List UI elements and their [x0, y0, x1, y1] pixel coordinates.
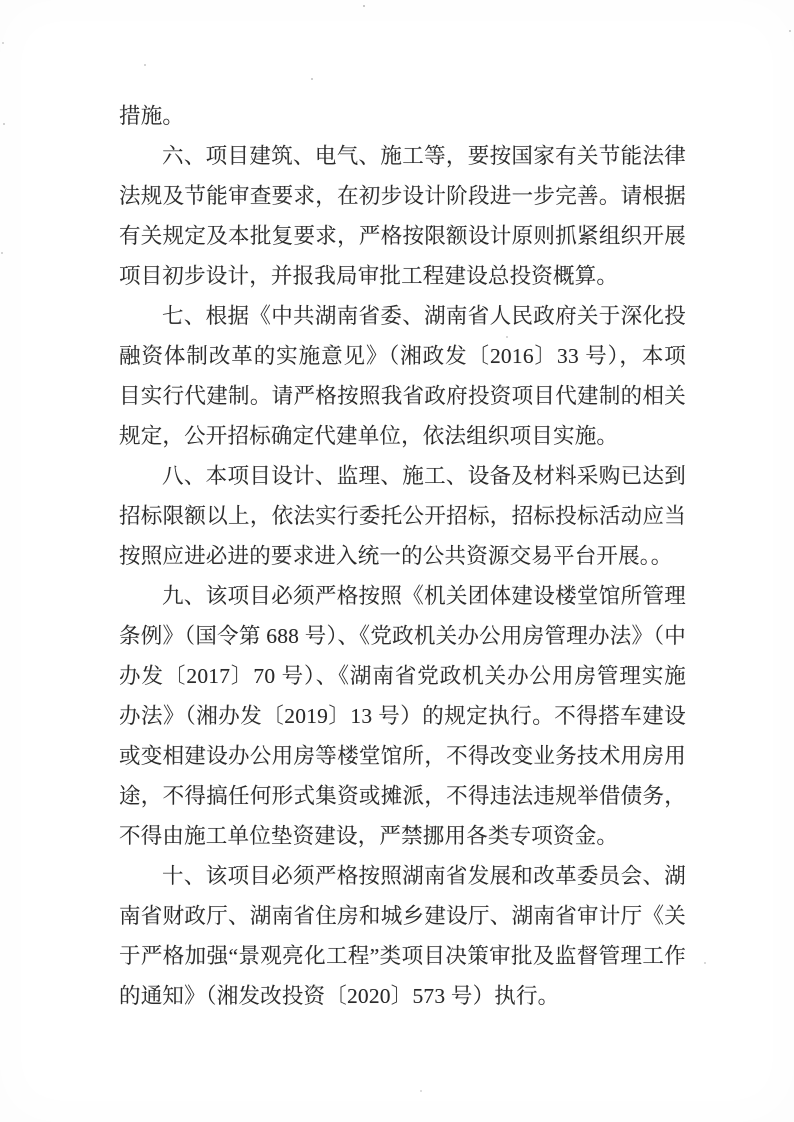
paragraph: 七、根据《中共湖南省委、湖南省人民政府关于深化投融资体制改革的实施意见》（湘政发… [119, 296, 686, 456]
paragraph: 六、项目建筑、电气、施工等，要按国家有关节能法律法规及节能审查要求，在初步设计阶… [119, 136, 686, 296]
document-body: 措施。六、项目建筑、电气、施工等，要按国家有关节能法律法规及节能审查要求，在初步… [119, 96, 686, 1016]
document-page: 措施。六、项目建筑、电气、施工等，要按国家有关节能法律法规及节能审查要求，在初步… [0, 0, 794, 1122]
scan-noise [0, 0, 2, 2]
paragraph: 十、该项目必须严格按照湖南省发展和改革委员会、湖南省财政厅、湖南省住房和城乡建设… [119, 856, 686, 1016]
paragraph: 八、本项目设计、监理、施工、设备及材料采购已达到招标限额以上，依法实行委托公开招… [119, 456, 686, 576]
paragraph: 措施。 [119, 96, 686, 136]
paragraph: 九、该项目必须严格按照《机关团体建设楼堂馆所管理条例》（国令第 688 号）、《… [119, 576, 686, 856]
